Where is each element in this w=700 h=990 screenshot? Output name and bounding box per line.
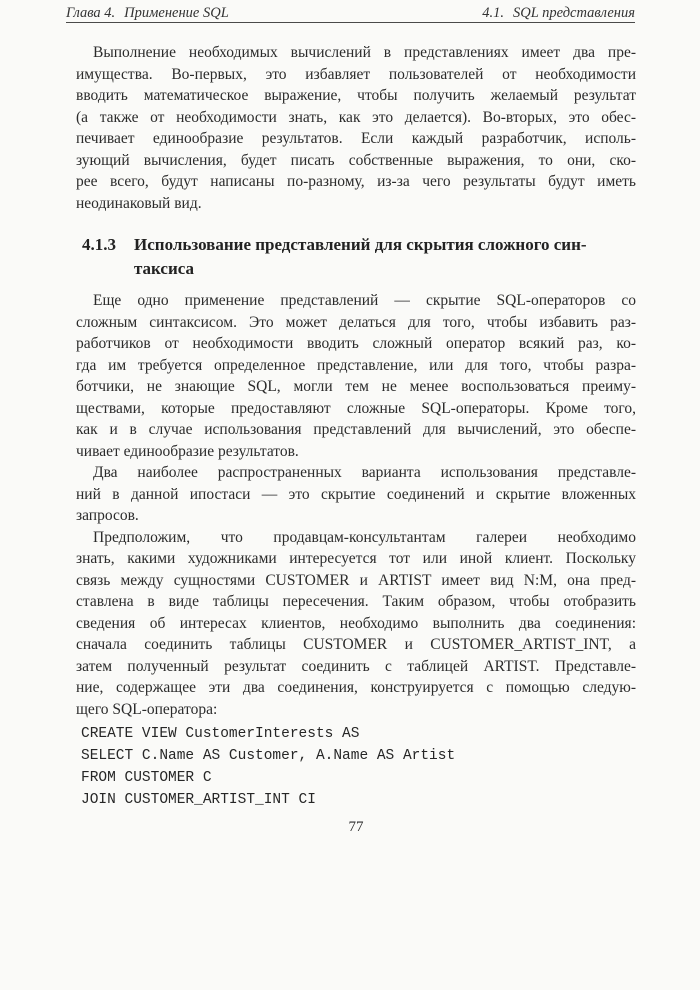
text-line: вводить математическое выражение, чтобы …	[76, 85, 636, 107]
book-page: Глава 4.Применение SQL 4.1.SQL представл…	[0, 0, 700, 990]
paragraph: Два наиболее распространенных варианта и…	[76, 462, 636, 527]
page-footer: 77	[76, 819, 636, 836]
paragraph: Предположим, что продавцам-консультантам…	[76, 527, 636, 721]
section-heading-line: таксиса	[134, 257, 636, 281]
text-line: (а также от необходимости знать, как это…	[76, 107, 636, 129]
section-heading: 4.1.3Использование представлений для скр…	[76, 233, 636, 281]
text-line: сначала соединить таблицы CUSTOMER и CUS…	[76, 634, 636, 656]
text-line: гда им требуется определенное представле…	[76, 355, 636, 377]
text-line: Еще одно применение представлений — скры…	[76, 290, 636, 312]
header-rule	[66, 22, 635, 23]
chapter-title-label: Применение SQL	[124, 5, 229, 21]
text-line: затем полученный результат соединить с т…	[76, 656, 636, 678]
paragraph: Еще одно применение представлений — скры…	[76, 290, 636, 462]
text-line: ставлена в виде таблицы пересечения. Так…	[76, 591, 636, 613]
text-line: работчиков от необходимости вводить слож…	[76, 333, 636, 355]
text-line: сложным синтаксисом. Это может делаться …	[76, 312, 636, 334]
text-line: Предположим, что продавцам-консультантам…	[76, 527, 636, 549]
text-line: ществами, которые предоставляют сложные …	[76, 398, 636, 420]
page-content: Выполнение необходимых вычислений в пред…	[76, 42, 636, 811]
sql-code-block: CREATE VIEW CustomerInterests AS SELECT …	[81, 723, 636, 811]
header-right: 4.1.SQL представления	[482, 4, 635, 22]
page-number: 77	[349, 819, 364, 835]
text-line: неодинаковый вид.	[76, 193, 636, 215]
section-number-label: 4.1.	[482, 5, 504, 21]
header-left: Глава 4.Применение SQL	[66, 4, 229, 22]
text-line: связь между сущностями CUSTOMER и ARTIST…	[76, 570, 636, 592]
section-title-label: SQL представления	[513, 5, 635, 21]
text-line: ний в данной ипостаси — это скрытие соед…	[76, 484, 636, 506]
text-line: ботчики, не знающие SQL, могли тем не ме…	[76, 376, 636, 398]
chapter-number-label: Глава 4.	[66, 5, 115, 21]
text-line: сведения об интересах клиентов, необходи…	[76, 613, 636, 635]
text-line: ние, содержащее эти два соединения, конс…	[76, 677, 636, 699]
text-line: чивает единообразие результатов.	[76, 441, 636, 463]
text-line: запросов.	[76, 505, 636, 527]
running-header: Глава 4.Применение SQL 4.1.SQL представл…	[66, 4, 635, 22]
section-heading-line: Использование представлений для скрытия …	[134, 233, 636, 257]
paragraph: Выполнение необходимых вычислений в пред…	[76, 42, 636, 214]
text-line: щего SQL-оператора:	[76, 699, 636, 721]
text-line: как и в случае использования представлен…	[76, 419, 636, 441]
text-line: Два наиболее распространенных варианта и…	[76, 462, 636, 484]
text-line: рее всего, будут написаны по-разному, из…	[76, 171, 636, 193]
text-line: Выполнение необходимых вычислений в пред…	[76, 42, 636, 64]
text-line: имущества. Во-первых, это избавляет поль…	[76, 64, 636, 86]
text-line: печивает единообразие результатов. Если …	[76, 128, 636, 150]
section-heading-number: 4.1.3	[82, 233, 116, 257]
text-line: зующий вычисления, будет писать собствен…	[76, 150, 636, 172]
text-line: знать, какими художниками интересуется т…	[76, 548, 636, 570]
